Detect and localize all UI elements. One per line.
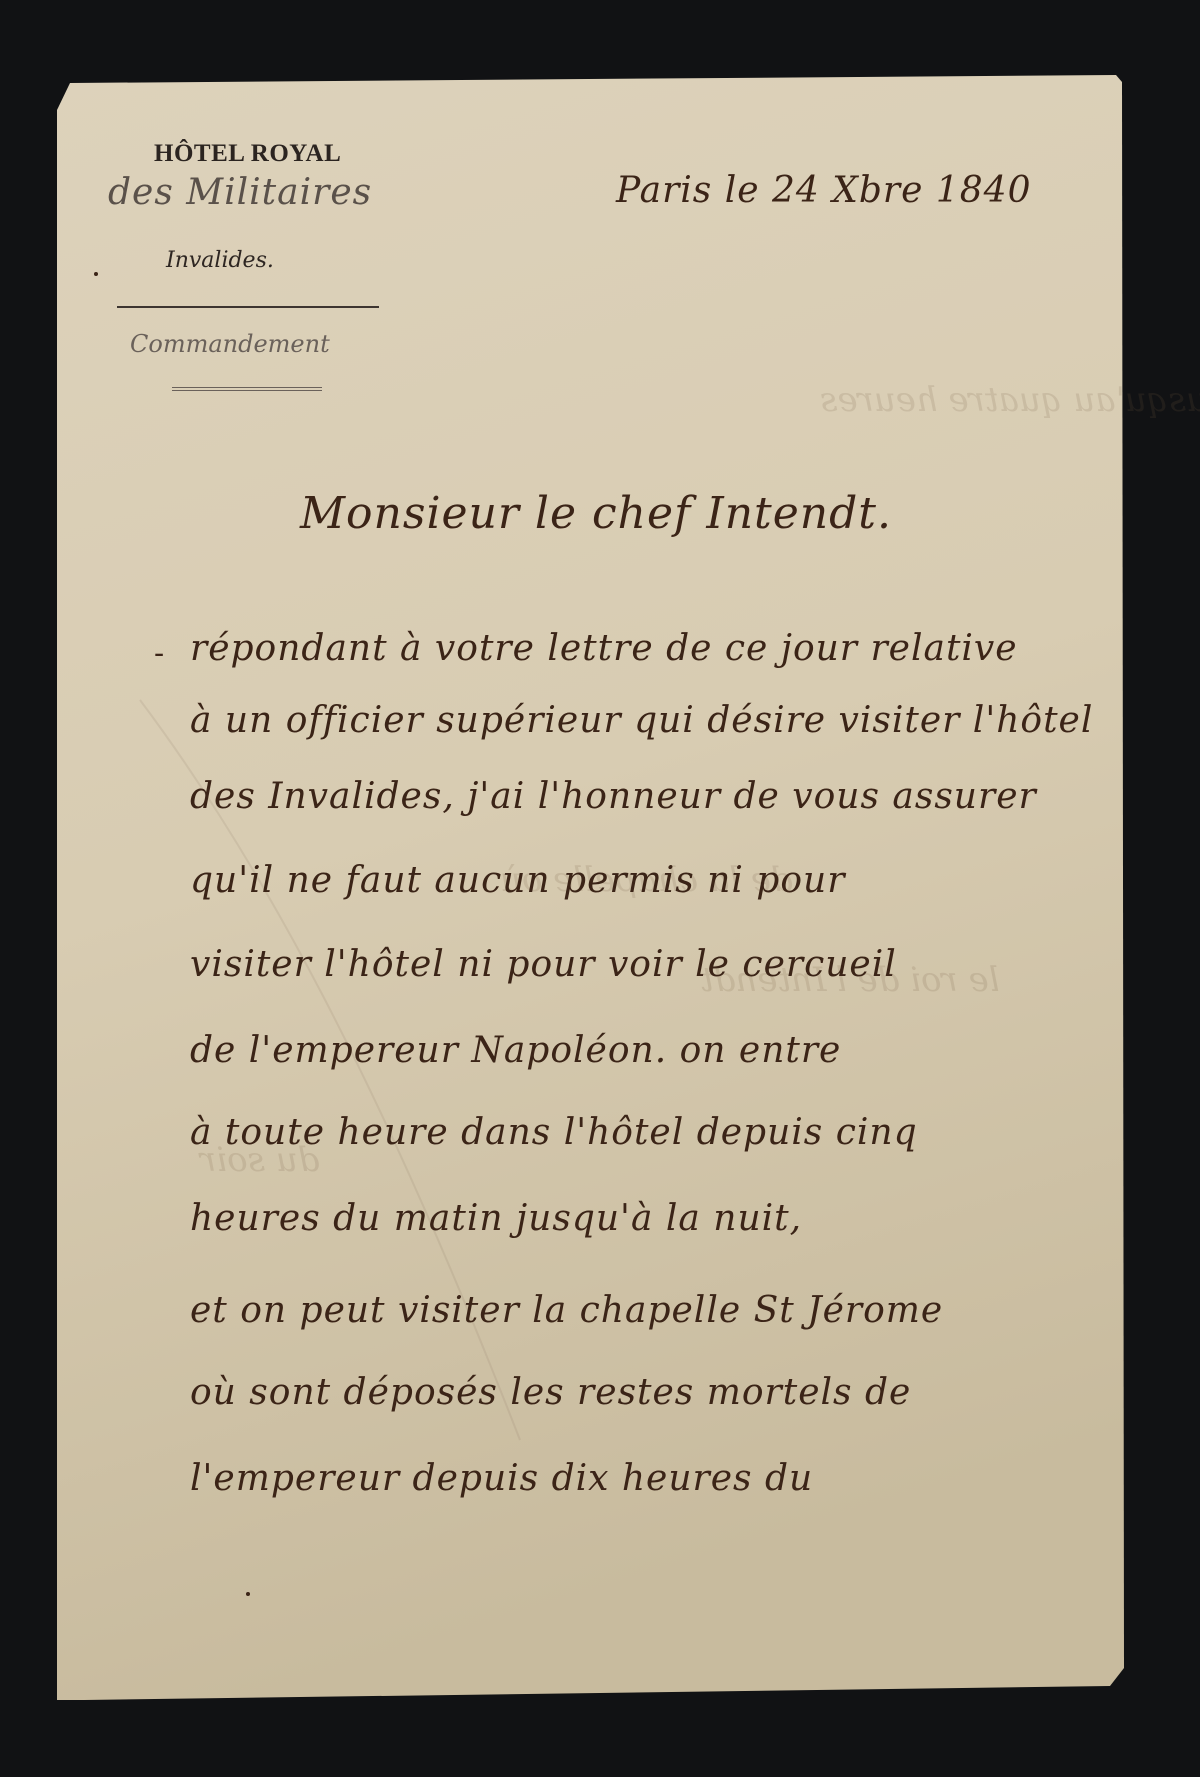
body-line: et on peut visiter la chapelle St Jérome [190, 1290, 943, 1331]
ink-dot [94, 272, 98, 276]
salutation: Monsieur le chef Intendt. [300, 488, 892, 539]
letterhead-title: HÔTEL ROYAL [154, 140, 341, 168]
body-line: heures du matin jusqu'à la nuit, [190, 1198, 802, 1239]
letterhead-double-rule [172, 390, 322, 391]
body-line: répondant à votre lettre de ce jour rela… [190, 628, 1018, 669]
body-line: de l'empereur Napoléon. on entre [190, 1030, 841, 1071]
body-line: à toute heure dans l'hôtel depuis cinq [190, 1112, 918, 1153]
letterhead-double-rule [172, 387, 322, 388]
body-line: l'empereur depuis dix heures du [190, 1458, 813, 1499]
bleed-through-text: visiter jusqu'au quatre heures [820, 380, 1200, 420]
body-line: où sont déposés les restes mortels de [190, 1372, 911, 1413]
body-line: à un officier supérieur qui désire visit… [190, 700, 1093, 741]
letterhead-rule [117, 306, 379, 308]
date-line: Paris le 24 Xbre 1840 [616, 170, 1031, 211]
letterhead-subtitle: des Militaires [108, 172, 372, 213]
body-line: des Invalides, j'ai l'honneur de vous as… [190, 776, 1037, 817]
letterhead-department: Commandement [130, 330, 330, 358]
paragraph-dash: - [154, 636, 164, 671]
body-line: visiter l'hôtel ni pour voir le cercueil [190, 944, 897, 985]
letterhead-location: Invalides. [166, 248, 274, 273]
ink-dot [246, 1592, 250, 1596]
body-line: qu'il ne faut aucun permis ni pour [190, 860, 845, 901]
letter-page: visiter jusqu'au quatre heures de la cha… [0, 0, 1200, 1777]
